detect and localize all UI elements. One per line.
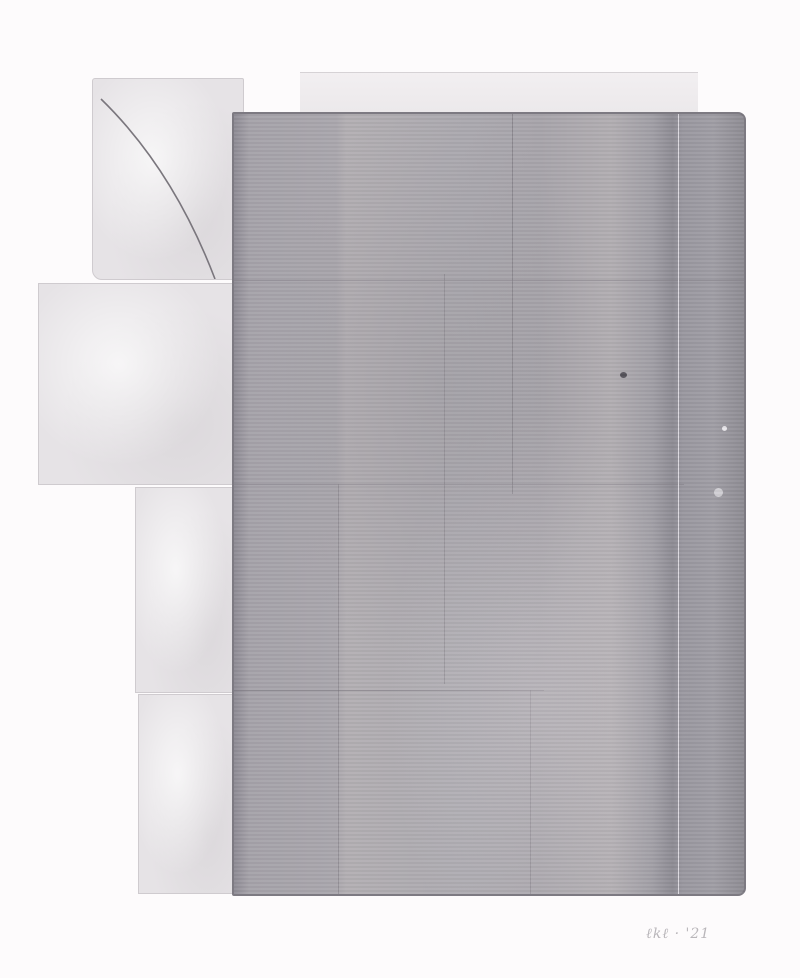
ink-spot xyxy=(620,372,627,378)
fold-line xyxy=(444,274,445,684)
artist-signature: ℓkℓ · '21 xyxy=(646,926,710,943)
white-spot xyxy=(714,488,723,497)
fold-line xyxy=(512,114,513,494)
middle-left-paper-panel xyxy=(38,283,240,485)
top-left-paper-panel xyxy=(92,78,244,280)
fold-line xyxy=(234,690,544,691)
print-sheet: ℓkℓ · '21 xyxy=(0,0,800,978)
main-paper-panel xyxy=(232,112,746,896)
lower-left-paper-panel xyxy=(135,487,237,693)
bottom-left-paper-panel xyxy=(138,694,237,894)
vertical-rule xyxy=(678,114,679,894)
fold-line xyxy=(234,280,744,281)
fold-line xyxy=(530,690,531,894)
fold-line xyxy=(338,484,339,894)
fold-line xyxy=(234,484,684,485)
white-spot xyxy=(722,426,727,431)
curved-fold-line xyxy=(93,79,243,279)
top-paper-strip xyxy=(300,72,698,117)
